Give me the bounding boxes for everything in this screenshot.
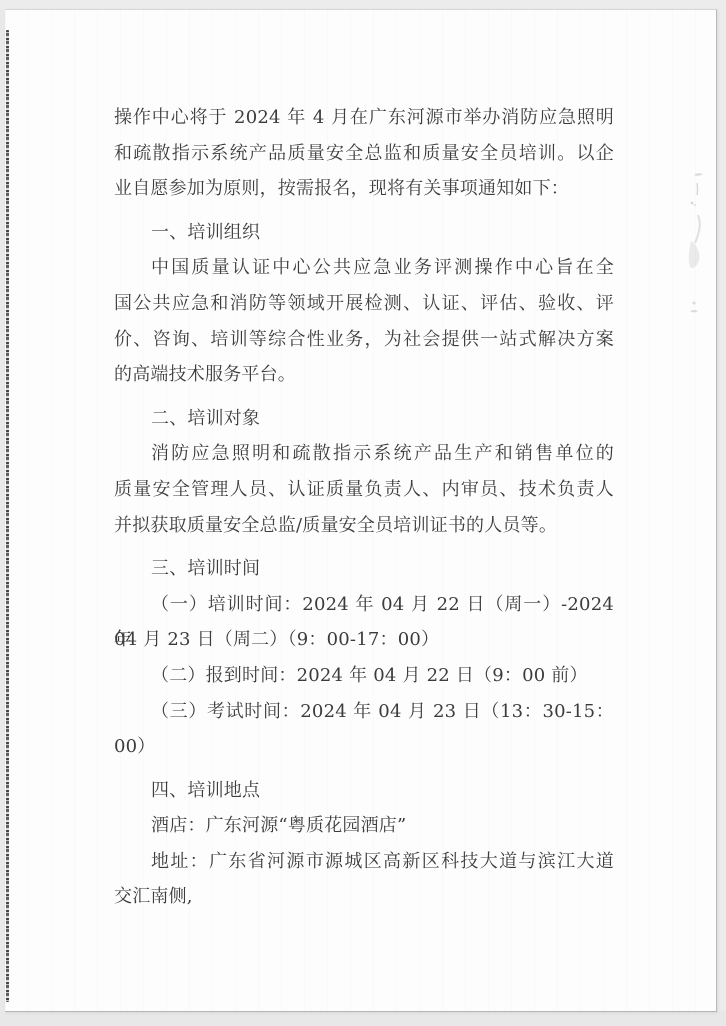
section-heading: 一、培训组织 [114,215,614,251]
text-line: 国公共应急和消防等领域开展检测、认证、评估、验收、评 [114,286,614,322]
text-line: 的高端技术服务平台。 [114,357,614,393]
scan-edge-artifact [6,30,9,1002]
text-line: 价、咨询、培训等综合性业务，为社会提供一站式解决方案 [114,322,614,358]
scan-background-bottom [0,1011,726,1026]
text-line: （一）培训时间：2024 年 04 月 22 日（周一）-2024 年 [114,587,614,623]
scanned-document-view: 操作中心将于 2024 年 4 月在广东河源市举办消防应急照明和疏散指示系统产品… [0,0,726,1026]
text-line: 04 月 23 日（周二）（9：00-17：00） [114,622,614,658]
text-line: 并拟获取质量安全总监/质量安全员培训证书的人员等。 [114,508,614,544]
text-line: 操作中心将于 2024 年 4 月在广东河源市举办消防应急照明 [114,100,614,136]
scanner-smudge-marks [686,163,708,333]
text-line: 消防应急照明和疏散指示系统产品生产和销售单位的 [114,436,614,472]
text-line: 交汇南侧, [114,879,614,915]
text-line: （三）考试时间：2024 年 04 月 23 日（13：30-15： [114,694,614,730]
document-body-text: 操作中心将于 2024 年 4 月在广东河源市举办消防应急照明和疏散指示系统产品… [114,100,614,915]
section-heading: 二、培训对象 [114,401,614,437]
text-line: 00） [114,729,614,765]
text-line: 和疏散指示系统产品质量安全总监和质量安全员培训。以企 [114,136,614,172]
text-line: 业自愿参加为原则，按需报名，现将有关事项通知如下： [114,171,614,207]
scan-background-top [0,0,726,9]
section-heading: 三、培训时间 [114,551,614,587]
text-line: 中国质量认证中心公共应急业务评测操作中心旨在全 [114,250,614,286]
scan-background-right [717,0,726,1026]
section-heading: 四、培训地点 [114,773,614,809]
text-line: 酒店：广东河源“粤质花园酒店” [114,808,614,844]
text-line: 质量安全管理人员、认证质量负责人、内审员、技术负责人 [114,472,614,508]
scanned-page: 操作中心将于 2024 年 4 月在广东河源市举办消防应急照明和疏散指示系统产品… [5,9,717,1012]
text-line: 地址：广东省河源市源城区高新区科技大道与滨江大道 [114,844,614,880]
text-line: （二）报到时间：2024 年 04 月 22 日（9：00 前） [114,658,614,694]
